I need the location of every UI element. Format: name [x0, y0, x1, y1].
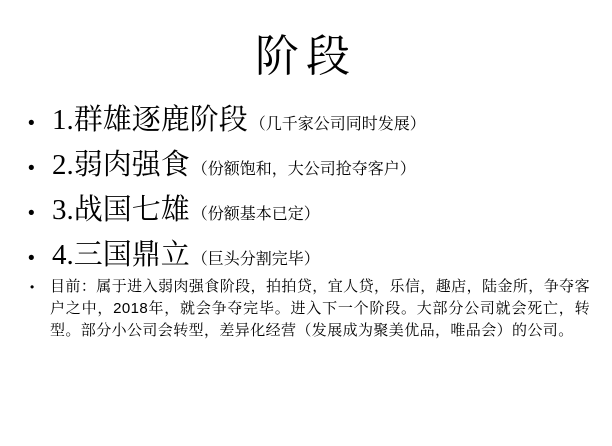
- stage-list: •1.群雄逐鹿阶段（几千家公司同时发展） •2.弱肉强食（份额饱和，大公司抢夺客…: [28, 98, 602, 278]
- current-status-paragraph: 目前：属于进入弱肉强食阶段，拍拍贷，宜人贷，乐信，趣店，陆金所，争夺客户之中，2…: [50, 276, 590, 342]
- stage-note-text: （几千家公司同时发展）: [250, 116, 426, 133]
- list-item: •1.群雄逐鹿阶段（几千家公司同时发展）: [28, 98, 602, 143]
- bullet-icon: •: [28, 191, 52, 236]
- bullet-icon: •: [28, 146, 52, 191]
- list-item: •4.三国鼎立（巨头分割完毕）: [28, 233, 602, 278]
- stage-note-text: （份额基本已定）: [192, 206, 320, 223]
- stage-main-text: 4.三国鼎立: [52, 239, 190, 271]
- bullet-icon: •: [28, 101, 52, 146]
- stage-note-text: （份额饱和，大公司抢夺客户）: [192, 161, 416, 178]
- bullet-icon: •: [28, 236, 52, 281]
- bullet-icon: •: [30, 276, 50, 298]
- slide-title: 阶段: [0, 20, 612, 84]
- stage-main-text: 3.战国七雄: [52, 194, 190, 226]
- stage-main-text: 2.弱肉强食: [52, 149, 190, 181]
- list-item: •2.弱肉强食（份额饱和，大公司抢夺客户）: [28, 143, 602, 188]
- presentation-slide: 阶段 •1.群雄逐鹿阶段（几千家公司同时发展） •2.弱肉强食（份额饱和，大公司…: [0, 0, 612, 446]
- stage-main-text: 1.群雄逐鹿阶段: [52, 104, 248, 136]
- current-status-block: • 目前：属于进入弱肉强食阶段，拍拍贷，宜人贷，乐信，趣店，陆金所，争夺客户之中…: [30, 276, 590, 342]
- list-item: •3.战国七雄（份额基本已定）: [28, 188, 602, 233]
- stage-note-text: （巨头分割完毕）: [192, 251, 320, 268]
